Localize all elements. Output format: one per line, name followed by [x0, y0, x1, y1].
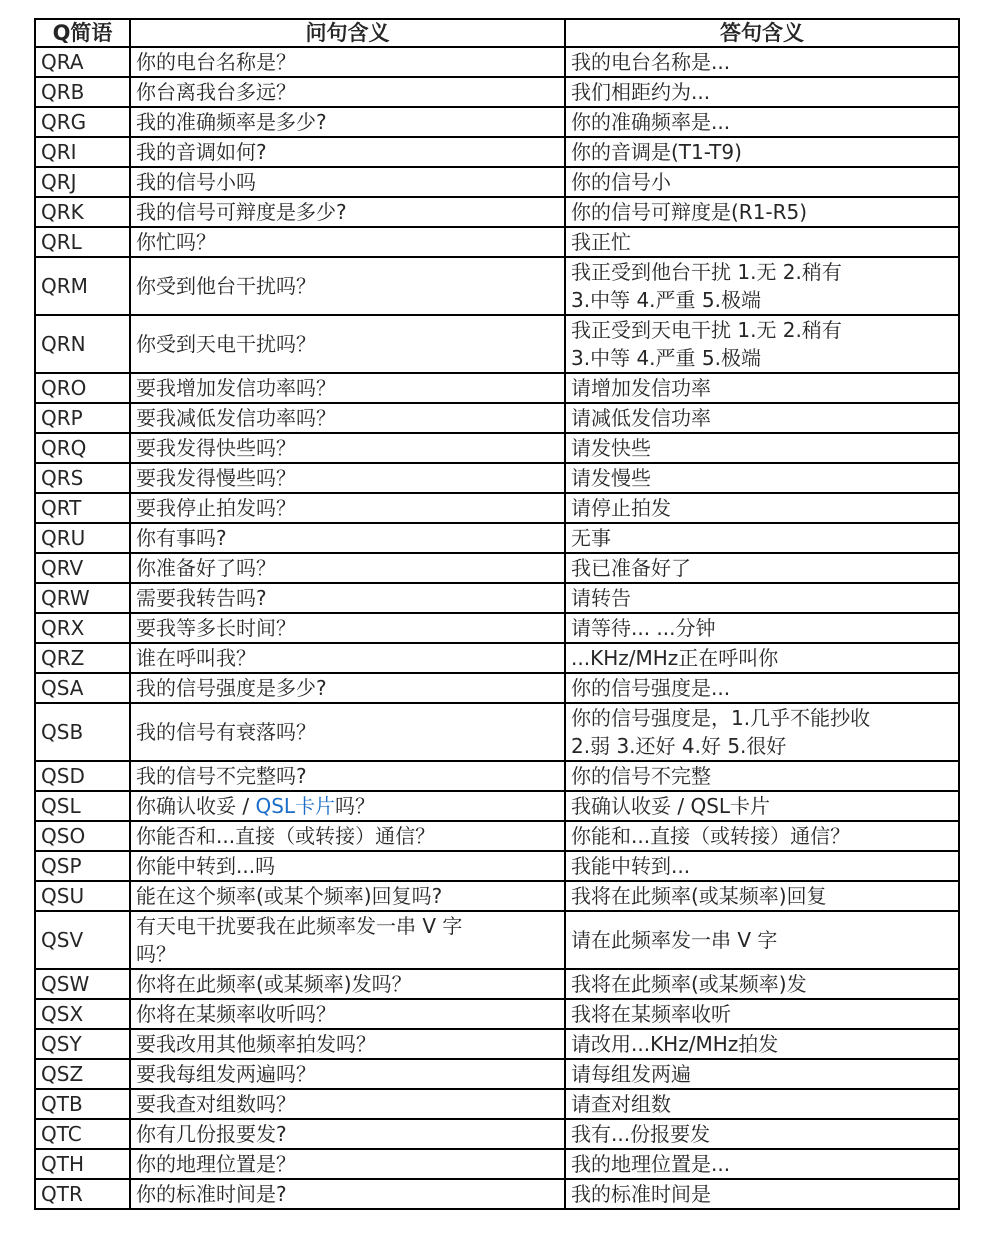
question-cell: 你确认收妥 / QSL卡片吗？ — [130, 791, 565, 821]
answer-cell: 你的音调是(T1-T9) — [565, 137, 959, 167]
answer-cell: 我能中转到... — [565, 851, 959, 881]
question-cell: 你有事吗? — [130, 523, 565, 553]
table-row: QSZ要我每组发两遍吗？请每组发两遍 — [35, 1059, 959, 1089]
q-code-cell: QSD — [35, 761, 130, 791]
question-cell: 要我增加发信功率吗？ — [130, 373, 565, 403]
answer-cell: 我有...份报要发 — [565, 1119, 959, 1149]
q-code-cell: QSY — [35, 1029, 130, 1059]
answer-cell: 请停止拍发 — [565, 493, 959, 523]
table-row: QRW需要我转告吗?请转告 — [35, 583, 959, 613]
q-code-cell: QTB — [35, 1089, 130, 1119]
q-code-cell: QRP — [35, 403, 130, 433]
table-row: QSY要我改用其他频率拍发吗？请改用...KHz/MHz拍发 — [35, 1029, 959, 1059]
table-row: QRO要我增加发信功率吗？请增加发信功率 — [35, 373, 959, 403]
question-cell: 要我改用其他频率拍发吗？ — [130, 1029, 565, 1059]
table-row: QTH你的地理位置是？我的地理位置是... — [35, 1149, 959, 1179]
q-code-table-page: Q简语 问句含义 答句含义 QRA你的电台名称是？我的电台名称是...QRB你台… — [0, 0, 998, 1240]
answer-cell: 请等待... ...分钟 — [565, 613, 959, 643]
table-row: QRP要我减低发信功率吗？请减低发信功率 — [35, 403, 959, 433]
answer-cell: 我的地理位置是... — [565, 1149, 959, 1179]
q-code-cell: QRQ — [35, 433, 130, 463]
question-cell: 我的准确频率是多少? — [130, 107, 565, 137]
table-row: QRS要我发得慢些吗？请发慢些 — [35, 463, 959, 493]
question-cell: 要我每组发两遍吗？ — [130, 1059, 565, 1089]
q-code-cell: QTR — [35, 1179, 130, 1209]
q-code-cell: QRM — [35, 257, 130, 315]
q-code-cell: QRV — [35, 553, 130, 583]
answer-cell: 我的标准时间是 — [565, 1179, 959, 1209]
answer-cell: 请改用...KHz/MHz拍发 — [565, 1029, 959, 1059]
question-cell: 你的地理位置是？ — [130, 1149, 565, 1179]
table-row: QTC你有几份报要发?我有...份报要发 — [35, 1119, 959, 1149]
q-code-cell: QTC — [35, 1119, 130, 1149]
question-cell: 需要我转告吗? — [130, 583, 565, 613]
q-code-cell: QRN — [35, 315, 130, 373]
q-code-cell: QRS — [35, 463, 130, 493]
answer-cell: 你的信号小 — [565, 167, 959, 197]
answer-cell: 你的信号可辩度是(R1-R5) — [565, 197, 959, 227]
answer-cell: 我正受到他台干扰 1.无 2.稍有 3.中等 4.严重 5.极端 — [565, 257, 959, 315]
q-code-cell: QRG — [35, 107, 130, 137]
question-cell: 要我停止拍发吗？ — [130, 493, 565, 523]
question-cell: 有天电干扰要我在此频率发一串 V 字 吗？ — [130, 911, 565, 969]
answer-cell: 我的电台名称是... — [565, 47, 959, 77]
answer-cell: 无事 — [565, 523, 959, 553]
table-row: QRL你忙吗？我正忙 — [35, 227, 959, 257]
question-cell: 要我等多长时间？ — [130, 613, 565, 643]
q-code-cell: QSB — [35, 703, 130, 761]
header-q-code: Q简语 — [35, 19, 130, 47]
table-row: QRG我的准确频率是多少?你的准确频率是... — [35, 107, 959, 137]
question-cell: 你准备好了吗？ — [130, 553, 565, 583]
table-row: QRZ谁在呼叫我？...KHz/MHz正在呼叫你 — [35, 643, 959, 673]
question-cell: 你台离我台多远？ — [130, 77, 565, 107]
answer-cell: 我正忙 — [565, 227, 959, 257]
table-row: QRA你的电台名称是？我的电台名称是... — [35, 47, 959, 77]
table-row: QRI我的音调如何?你的音调是(T1-T9) — [35, 137, 959, 167]
answer-cell: 你的信号强度是... — [565, 673, 959, 703]
table-row: QRT要我停止拍发吗？请停止拍发 — [35, 493, 959, 523]
table-row: QSW你将在此频率(或某频率)发吗？我将在此频率(或某频率)发 — [35, 969, 959, 999]
q-code-cell: QSZ — [35, 1059, 130, 1089]
answer-cell: 我已准备好了 — [565, 553, 959, 583]
table-row: QSO你能否和...直接（或转接）通信？你能和...直接（或转接）通信？ — [35, 821, 959, 851]
question-cell: 你忙吗？ — [130, 227, 565, 257]
table-row: QRQ要我发得快些吗？请发快些 — [35, 433, 959, 463]
question-cell: 能在这个频率(或某个频率)回复吗? — [130, 881, 565, 911]
table-row: QRN你受到天电干扰吗？我正受到天电干扰 1.无 2.稍有 3.中等 4.严重 … — [35, 315, 959, 373]
table-row: QTB要我查对组数吗？请查对组数 — [35, 1089, 959, 1119]
answer-cell: 你的准确频率是... — [565, 107, 959, 137]
q-code-cell: QRA — [35, 47, 130, 77]
question-cell: 要我发得慢些吗？ — [130, 463, 565, 493]
table-row: QRK我的信号可辩度是多少?你的信号可辩度是(R1-R5) — [35, 197, 959, 227]
question-cell: 你受到天电干扰吗？ — [130, 315, 565, 373]
header-answer-meaning: 答句含义 — [565, 19, 959, 47]
question-cell: 要我减低发信功率吗？ — [130, 403, 565, 433]
q-code-cell: QRB — [35, 77, 130, 107]
answer-cell: 请转告 — [565, 583, 959, 613]
question-cell: 你将在此频率(或某频率)发吗？ — [130, 969, 565, 999]
q-code-cell: QSX — [35, 999, 130, 1029]
question-cell: 要我查对组数吗？ — [130, 1089, 565, 1119]
answer-cell: 我正受到天电干扰 1.无 2.稍有 3.中等 4.严重 5.极端 — [565, 315, 959, 373]
table-row: QTR你的标准时间是?我的标准时间是 — [35, 1179, 959, 1209]
table-row: QSL你确认收妥 / QSL卡片吗？我确认收妥 / QSL卡片 — [35, 791, 959, 821]
question-cell: 我的信号有衰落吗？ — [130, 703, 565, 761]
header-question-meaning: 问句含义 — [130, 19, 565, 47]
q-code-cell: QRW — [35, 583, 130, 613]
answer-cell: 我们相距约为... — [565, 77, 959, 107]
table-row: QSB我的信号有衰落吗？你的信号强度是，1.几乎不能抄收 2.弱 3.还好 4.… — [35, 703, 959, 761]
question-cell: 你能否和...直接（或转接）通信？ — [130, 821, 565, 851]
table-row: QRJ我的信号小吗你的信号小 — [35, 167, 959, 197]
answer-cell: 我将在此频率(或某频率)回复 — [565, 881, 959, 911]
question-cell: 我的信号强度是多少? — [130, 673, 565, 703]
question-cell: 我的音调如何? — [130, 137, 565, 167]
q-code-cell: QSU — [35, 881, 130, 911]
q-code-cell: QRZ — [35, 643, 130, 673]
q-code-cell: QSP — [35, 851, 130, 881]
answer-cell: 请在此频率发一串 V 字 — [565, 911, 959, 969]
question-cell: 谁在呼叫我？ — [130, 643, 565, 673]
q-code-cell: QRL — [35, 227, 130, 257]
answer-cell: 请查对组数 — [565, 1089, 959, 1119]
answer-cell: 我将在某频率收听 — [565, 999, 959, 1029]
question-cell: 要我发得快些吗？ — [130, 433, 565, 463]
table-row: QSA我的信号强度是多少?你的信号强度是... — [35, 673, 959, 703]
q-code-cell: QSO — [35, 821, 130, 851]
answer-cell: 你能和...直接（或转接）通信？ — [565, 821, 959, 851]
q-code-cell: QRU — [35, 523, 130, 553]
q-code-cell: QRK — [35, 197, 130, 227]
answer-cell: 我确认收妥 / QSL卡片 — [565, 791, 959, 821]
q-code-table-body: QRA你的电台名称是？我的电台名称是...QRB你台离我台多远？我们相距约为..… — [35, 47, 959, 1209]
question-cell: 我的信号可辩度是多少? — [130, 197, 565, 227]
q-code-cell: QRX — [35, 613, 130, 643]
answer-cell: ...KHz/MHz正在呼叫你 — [565, 643, 959, 673]
question-cell: 我的信号小吗 — [130, 167, 565, 197]
qsl-card-link[interactable]: QSL卡片 — [255, 794, 335, 818]
table-header-row: Q简语 问句含义 答句含义 — [35, 19, 959, 47]
question-cell: 你的标准时间是? — [130, 1179, 565, 1209]
q-code-cell: QRI — [35, 137, 130, 167]
table-row: QSP你能中转到...吗我能中转到... — [35, 851, 959, 881]
table-row: QRV你准备好了吗？我已准备好了 — [35, 553, 959, 583]
q-code-cell: QSV — [35, 911, 130, 969]
answer-cell: 你的信号不完整 — [565, 761, 959, 791]
q-code-cell: QSL — [35, 791, 130, 821]
table-row: QSD我的信号不完整吗?你的信号不完整 — [35, 761, 959, 791]
answer-cell: 我将在此频率(或某频率)发 — [565, 969, 959, 999]
answer-cell: 请增加发信功率 — [565, 373, 959, 403]
table-row: QSX你将在某频率收听吗？我将在某频率收听 — [35, 999, 959, 1029]
table-row: QRU你有事吗?无事 — [35, 523, 959, 553]
question-cell: 你有几份报要发? — [130, 1119, 565, 1149]
table-row: QRB你台离我台多远？我们相距约为... — [35, 77, 959, 107]
answer-cell: 请每组发两遍 — [565, 1059, 959, 1089]
q-code-cell: QSW — [35, 969, 130, 999]
q-code-cell: QRJ — [35, 167, 130, 197]
q-code-cell: QRT — [35, 493, 130, 523]
question-cell: 你将在某频率收听吗？ — [130, 999, 565, 1029]
q-code-cell: QTH — [35, 1149, 130, 1179]
answer-cell: 请发慢些 — [565, 463, 959, 493]
question-cell: 你受到他台干扰吗？ — [130, 257, 565, 315]
answer-cell: 请减低发信功率 — [565, 403, 959, 433]
table-row: QRM你受到他台干扰吗？我正受到他台干扰 1.无 2.稍有 3.中等 4.严重 … — [35, 257, 959, 315]
q-code-cell: QRO — [35, 373, 130, 403]
answer-cell: 请发快些 — [565, 433, 959, 463]
table-row: QSV有天电干扰要我在此频率发一串 V 字 吗？请在此频率发一串 V 字 — [35, 911, 959, 969]
q-code-cell: QSA — [35, 673, 130, 703]
question-cell: 我的信号不完整吗? — [130, 761, 565, 791]
answer-cell: 你的信号强度是，1.几乎不能抄收 2.弱 3.还好 4.好 5.很好 — [565, 703, 959, 761]
table-row: QSU能在这个频率(或某个频率)回复吗?我将在此频率(或某频率)回复 — [35, 881, 959, 911]
question-cell: 你的电台名称是？ — [130, 47, 565, 77]
q-code-table: Q简语 问句含义 答句含义 QRA你的电台名称是？我的电台名称是...QRB你台… — [34, 18, 960, 1210]
table-row: QRX要我等多长时间？请等待... ...分钟 — [35, 613, 959, 643]
question-cell: 你能中转到...吗 — [130, 851, 565, 881]
